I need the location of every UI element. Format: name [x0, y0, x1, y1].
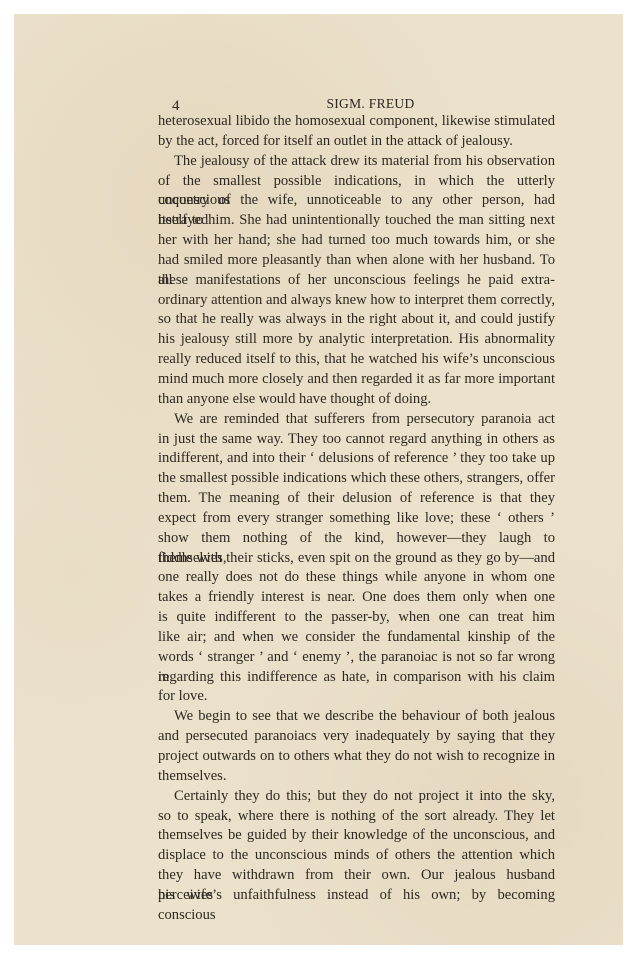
text-line: is quite indifferent to the passer-by, w… — [158, 608, 555, 628]
text-line: for love. — [158, 687, 555, 707]
text-line: displace to the unconscious minds of oth… — [158, 846, 555, 866]
text-line: so to speak, where there is nothing of t… — [158, 807, 555, 827]
text-line: her with her hand; she had turned too mu… — [158, 231, 555, 251]
text-line: show them nothing of the kind, however—t… — [158, 529, 555, 549]
text-line: themselves. — [158, 767, 555, 787]
text-line: these manifestations of her unconscious … — [158, 271, 555, 291]
running-head: SIGM. FREUD — [172, 96, 569, 112]
text-line: and persecuted paranoiacs very inadequat… — [158, 727, 555, 747]
paragraph: Certainly they do this; but they do not … — [158, 787, 555, 906]
text-line: of the smallest possible indications, in… — [158, 172, 555, 192]
body-text: heterosexual libido the homosexual compo… — [158, 112, 555, 906]
text-line: heterosexual libido the homosexual compo… — [158, 112, 555, 132]
text-line: themselves be guided by their knowledge … — [158, 826, 555, 846]
text-line: ordinary attention and always knew how t… — [158, 291, 555, 311]
text-line: his wife’s unfaithfulness instead of his… — [158, 886, 555, 906]
text-line: project outwards on to others what they … — [158, 747, 555, 767]
text-line: had smiled more pleasantly than when alo… — [158, 251, 555, 271]
text-line: they have withdrawn from their own. Our … — [158, 866, 555, 886]
text-line: so that he really was always in the righ… — [158, 310, 555, 330]
text-line: mind much more closely and then regarded… — [158, 370, 555, 390]
text-line: his jealousy still more by analytic inte… — [158, 330, 555, 350]
text-line: than anyone else would have thought of d… — [158, 390, 555, 410]
text-line: We begin to see that we describe the beh… — [158, 707, 555, 727]
text-line: coquetry of the wife, unnoticeable to an… — [158, 191, 555, 211]
text-line: takes a friendly interest is near. One d… — [158, 588, 555, 608]
text-line: like air; and when we consider the funda… — [158, 628, 555, 648]
text-line: We are reminded that sufferers from pers… — [158, 410, 555, 430]
text-line: expect from every stranger something lik… — [158, 509, 555, 529]
paragraph: heterosexual libido the homosexual compo… — [158, 112, 555, 152]
text-line: Certainly they do this; but they do not … — [158, 787, 555, 807]
text-line: The jealousy of the attack drew its mate… — [158, 152, 555, 172]
text-line: indifferent, and into their ‘ delusions … — [158, 449, 555, 469]
paragraph: We are reminded that sufferers from pers… — [158, 410, 555, 708]
text-line: by the act, forced for itself an outlet … — [158, 132, 555, 152]
paragraph: We begin to see that we describe the beh… — [158, 707, 555, 786]
text-line: them. The meaning of their delusion of r… — [158, 489, 555, 509]
text-line: words ‘ stranger ’ and ‘ enemy ’, the pa… — [158, 648, 555, 668]
text-line: really reduced itself to this, that he w… — [158, 350, 555, 370]
text-line: one really does not do these things whil… — [158, 568, 555, 588]
text-line: fiddle with their sticks, even spit on t… — [158, 549, 555, 569]
text-line: in just the same way. They too cannot re… — [158, 430, 555, 450]
text-line: regarding this indifference as hate, in … — [158, 668, 555, 688]
paragraph: The jealousy of the attack drew its mate… — [158, 152, 555, 410]
text-line: the smallest possible indications which … — [158, 469, 555, 489]
text-line: itself to him. She had unintentionally t… — [158, 211, 555, 231]
